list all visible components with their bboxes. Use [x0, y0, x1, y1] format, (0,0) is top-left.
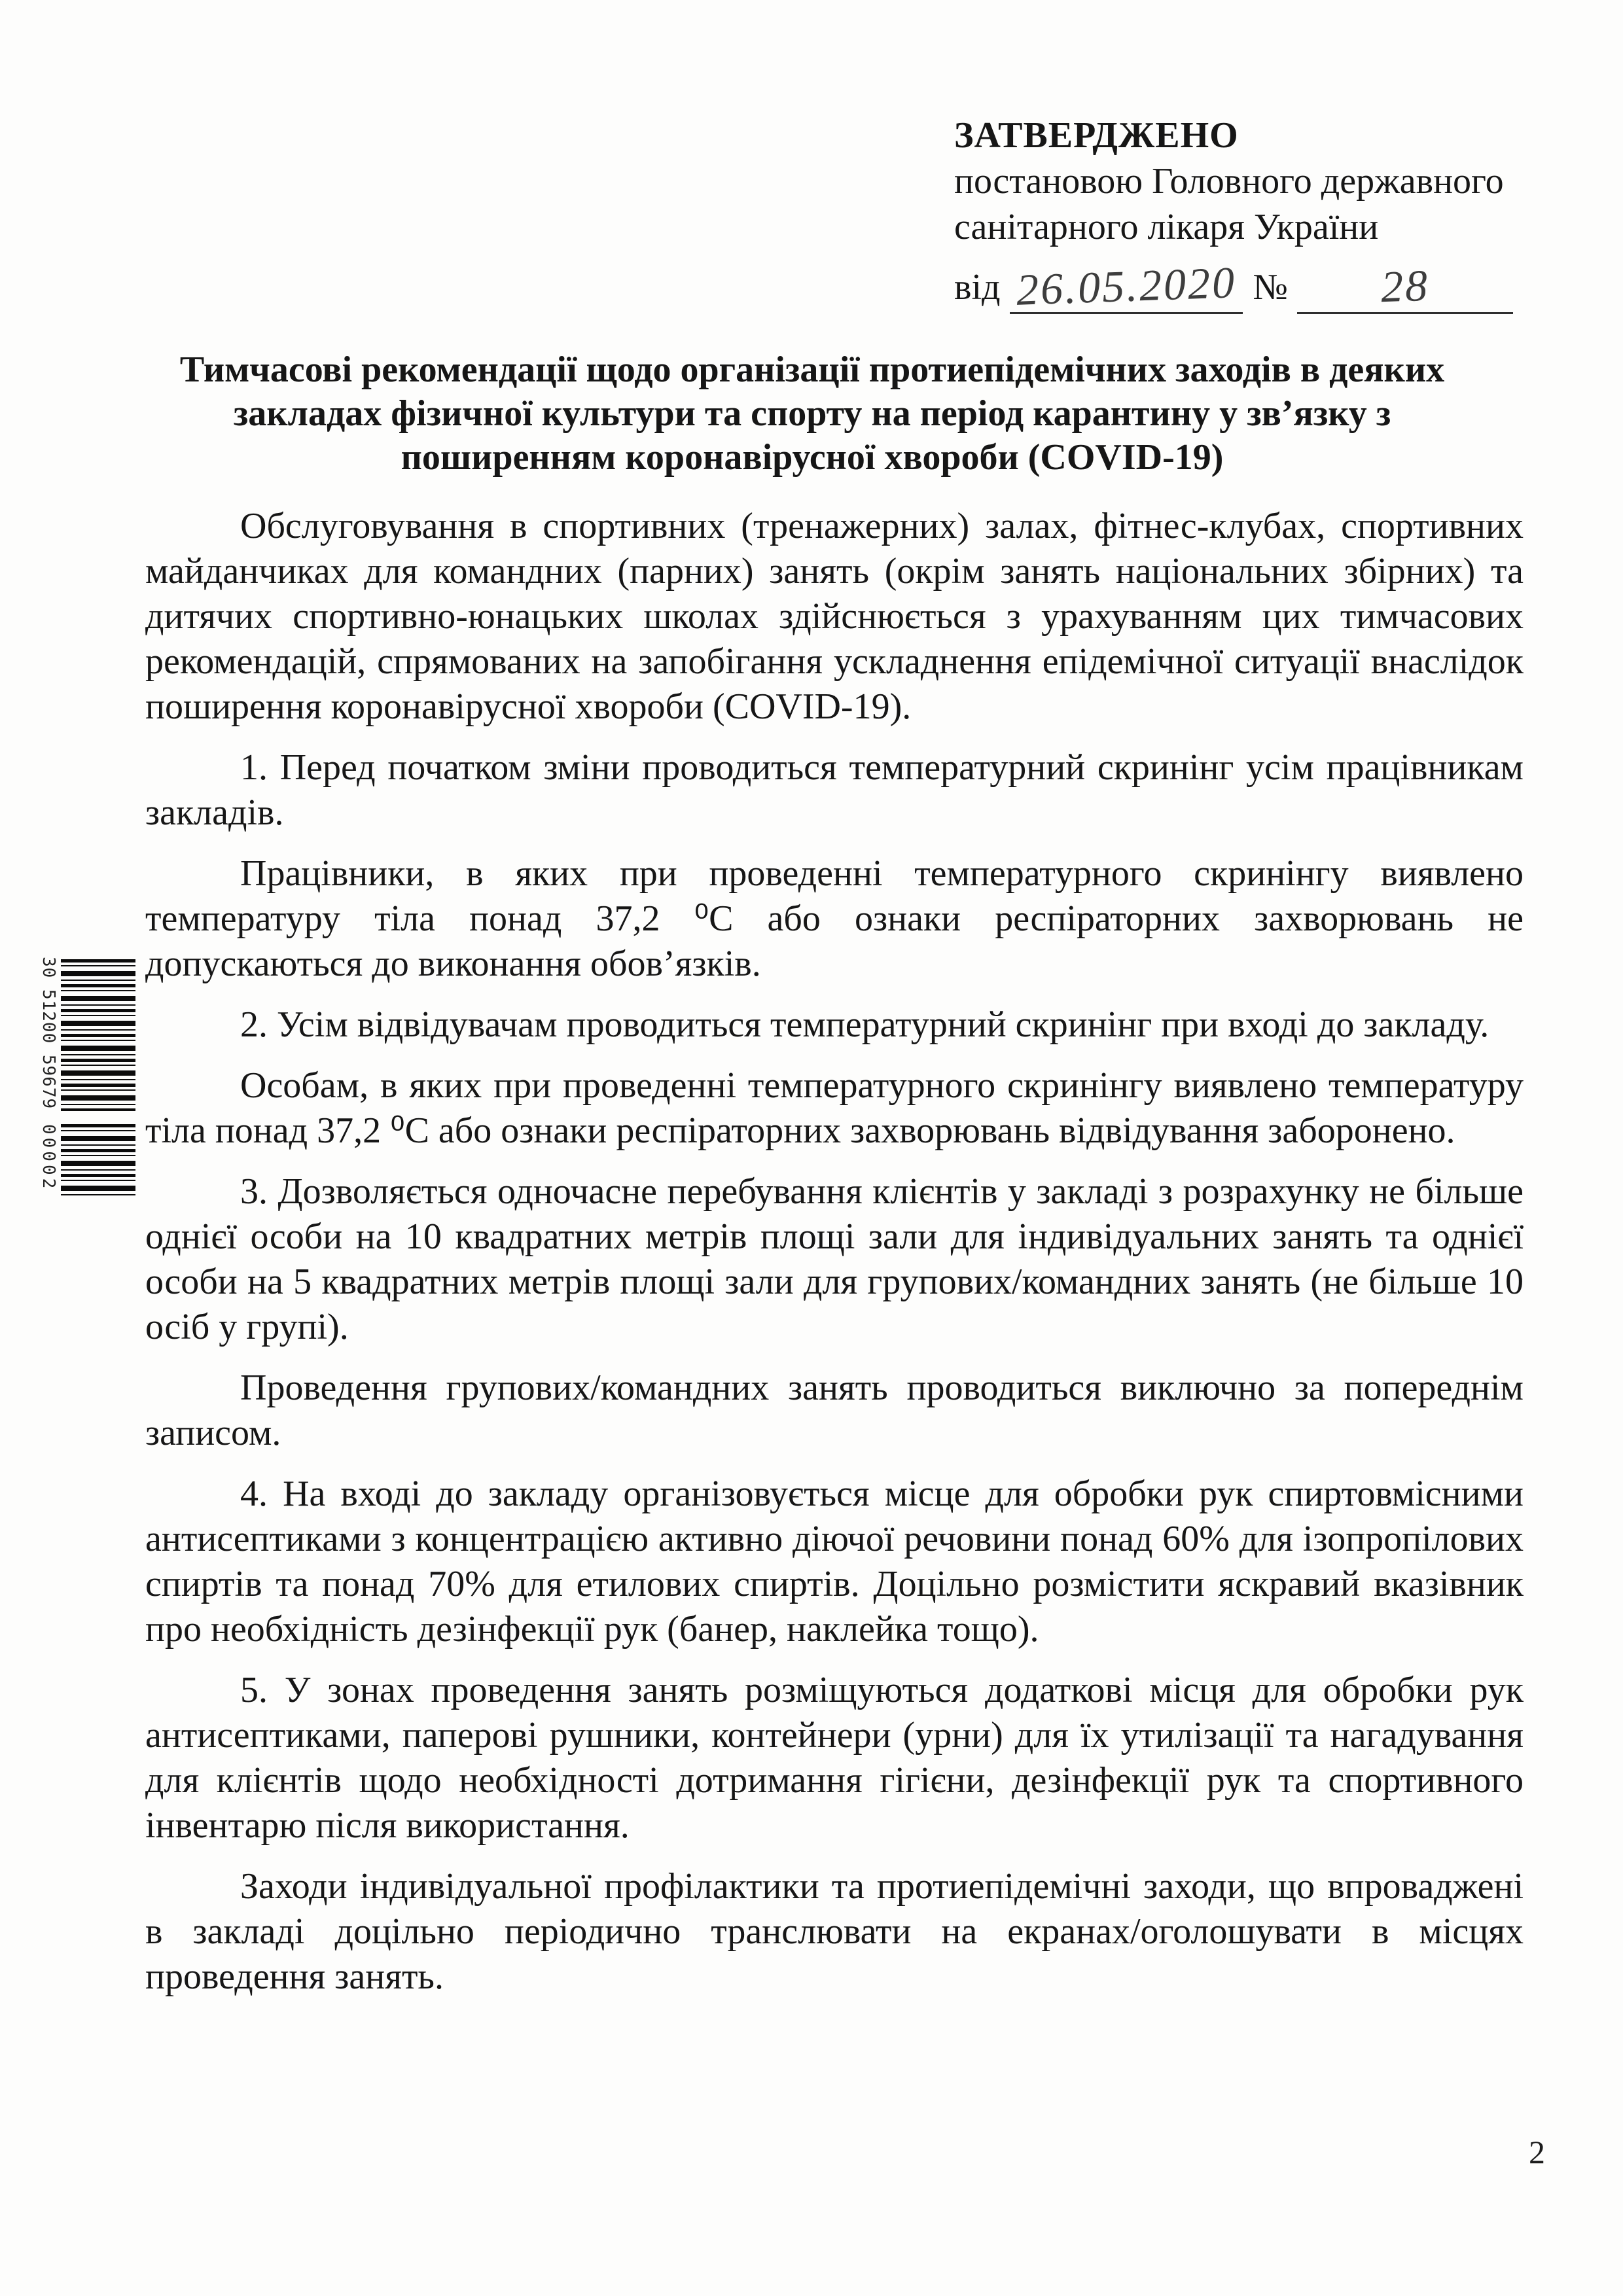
handwritten-number: 28 — [1380, 261, 1431, 311]
paragraph: 2. Усім відвідувачам проводиться темпера… — [145, 1002, 1524, 1048]
number-field: 28 — [1297, 262, 1513, 314]
page-number: 2 — [1529, 2133, 1545, 2171]
approval-stamp: ЗАТВЕРДЖЕНО — [954, 113, 1576, 158]
paragraph: Заходи індивідуальної профілактики та пр… — [145, 1864, 1524, 2000]
approval-block: ЗАТВЕРДЖЕНО постановою Головного державн… — [954, 113, 1576, 314]
paragraph: Особам, в яких при проведенні температур… — [145, 1063, 1524, 1154]
numero-sign: № — [1243, 264, 1294, 314]
approval-line: постановою Головного державного — [954, 158, 1576, 204]
approval-line: санітарного лікаря України — [954, 204, 1576, 250]
approval-date-line: від 26.05.2020 № 28 — [954, 254, 1576, 314]
paragraph: Проведення групових/командних занять про… — [145, 1366, 1524, 1456]
paragraph: 4. На вході до закладу організовується м… — [145, 1472, 1524, 1652]
document-body: Обслуговування в спортивних (тренажерних… — [145, 504, 1524, 2015]
paragraph: 1. Перед початком зміни проводиться темп… — [145, 745, 1524, 836]
date-field: 26.05.2020 — [1010, 262, 1243, 314]
barcode-digits-top: 30 51200 59679 — [39, 957, 58, 1109]
document-title: Тимчасові рекомендації щодо організації … — [128, 348, 1496, 480]
barcode-digits-bottom: 00002 — [39, 1124, 58, 1192]
handwritten-date: 26.05.2020 — [1015, 258, 1236, 314]
paragraph: Працівники, в яких при проведенні темпер… — [145, 851, 1524, 987]
paragraph: 5. У зонах проведення занять розміщуютьс… — [145, 1668, 1524, 1848]
paragraph: 3. Дозволяється одночасне перебування кл… — [145, 1169, 1524, 1350]
barcode-bars-bottom — [61, 1124, 135, 1196]
barcode-bars-top — [61, 959, 135, 1111]
barcode: 30 51200 59679 00002 — [37, 930, 137, 1200]
date-label: від — [954, 264, 1001, 314]
document-page: ЗАТВЕРДЖЕНО постановою Головного державн… — [0, 0, 1623, 2296]
paragraph: Обслуговування в спортивних (тренажерних… — [145, 504, 1524, 730]
